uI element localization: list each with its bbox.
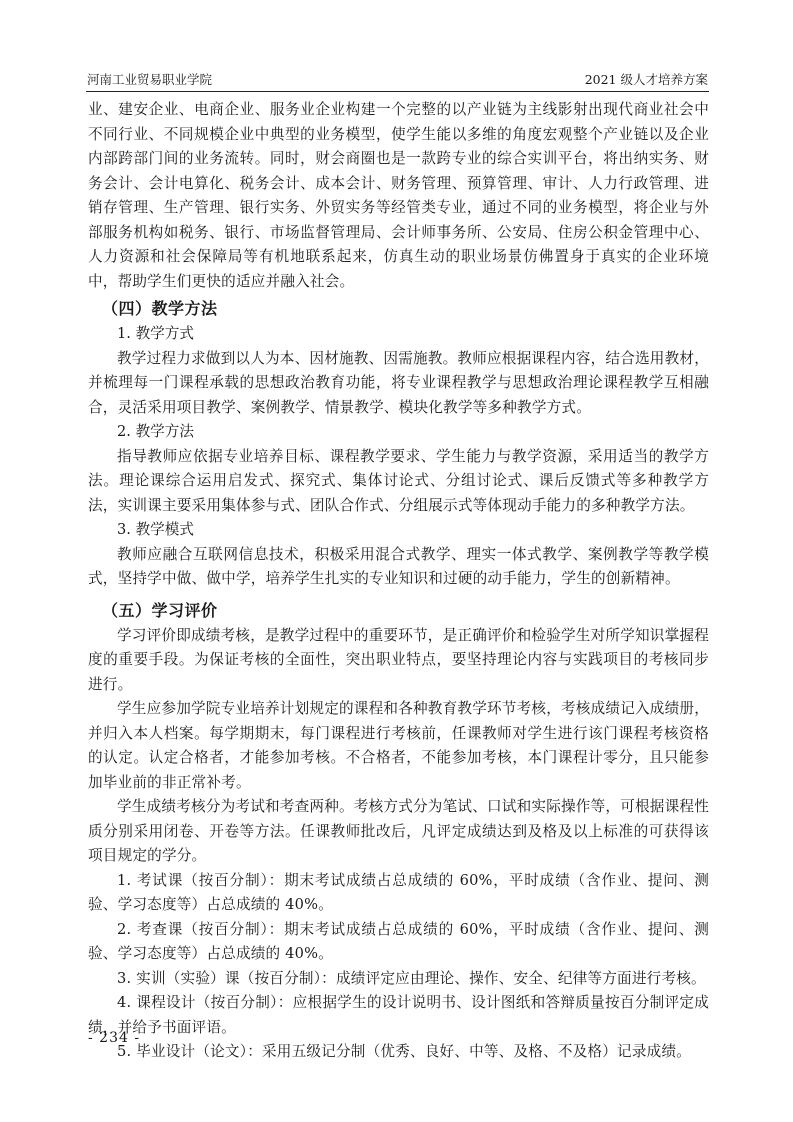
subheading-teaching-method: 2. 教学方法 (88, 420, 709, 445)
grading-rule-graduation-design: 5. 毕业设计（论文）：采用五级记分制（优秀、良好、中等、及格、不及格）记录成绩… (88, 1040, 709, 1065)
document-page: 河南工业贸易职业学院 2021 级人才培养方案 业、建安企业、电商企业、服务业企… (0, 0, 793, 1122)
paragraph-evaluation-3: 学生成绩考核分为考试和考查两种。考核方式分为笔试、口试和实际操作等，可根据课程性… (88, 795, 709, 869)
paragraph-teaching-model: 教师应融合互联网信息技术，积极采用混合式教学、理实一体式教学、案例教学等教学模式… (88, 543, 709, 592)
intro-paragraph: 业、建安企业、电商企业、服务业企业构建一个完整的以产业链为主线影射出现代商业社会… (88, 98, 709, 294)
paragraph-teaching-method: 指导教师应依据专业培养目标、课程教学要求、学生能力与教学资源，采用适当的教学方法… (88, 445, 709, 519)
header-document-title: 2021 级人才培养方案 (585, 70, 708, 88)
paragraph-evaluation-1: 学习评价即成绩考核，是教学过程中的重要环节，是正确评价和检验学生对所学知识掌握程… (88, 624, 709, 698)
section-heading-teaching-methods: （四）教学方法 (102, 296, 709, 322)
body-content: 业、建安企业、电商企业、服务业企业构建一个完整的以产业链为主线影射出现代商业社会… (88, 98, 709, 1065)
subheading-teaching-mode: 1. 教学方式 (88, 322, 709, 347)
section-heading-learning-evaluation: （五）学习评价 (102, 598, 709, 624)
page-number: - 234 - (88, 1030, 140, 1046)
grading-rule-course-design: 4. 课程设计（按百分制）：应根据学生的设计说明书、设计图纸和答辩质量按百分制评… (88, 991, 709, 1040)
subheading-teaching-model: 3. 教学模式 (88, 518, 709, 543)
grading-rule-exam-course: 1. 考试课（按百分制）：期末考试成绩占总成绩的 60%，平时成绩（含作业、提问… (88, 869, 709, 918)
running-header: 河南工业贸易职业学院 2021 级人才培养方案 (86, 72, 709, 92)
paragraph-evaluation-2: 学生应参加学院专业培养计划规定的课程和各种教育教学环节考核，考核成绩记入成绩册，… (88, 697, 709, 795)
header-institution: 河南工业贸易职业学院 (87, 70, 212, 88)
grading-rule-practical-course: 3. 实训（实验）课（按百分制）：成绩评定应由理论、操作、安全、纪律等方面进行考… (88, 967, 709, 992)
grading-rule-assessment-course: 2. 考查课（按百分制）：期末考试成绩占总成绩的 60%，平时成绩（含作业、提问… (88, 918, 709, 967)
paragraph-teaching-mode: 教学过程力求做到以人为本、因材施教、因需施教。教师应根据课程内容，结合选用教材，… (88, 347, 709, 421)
